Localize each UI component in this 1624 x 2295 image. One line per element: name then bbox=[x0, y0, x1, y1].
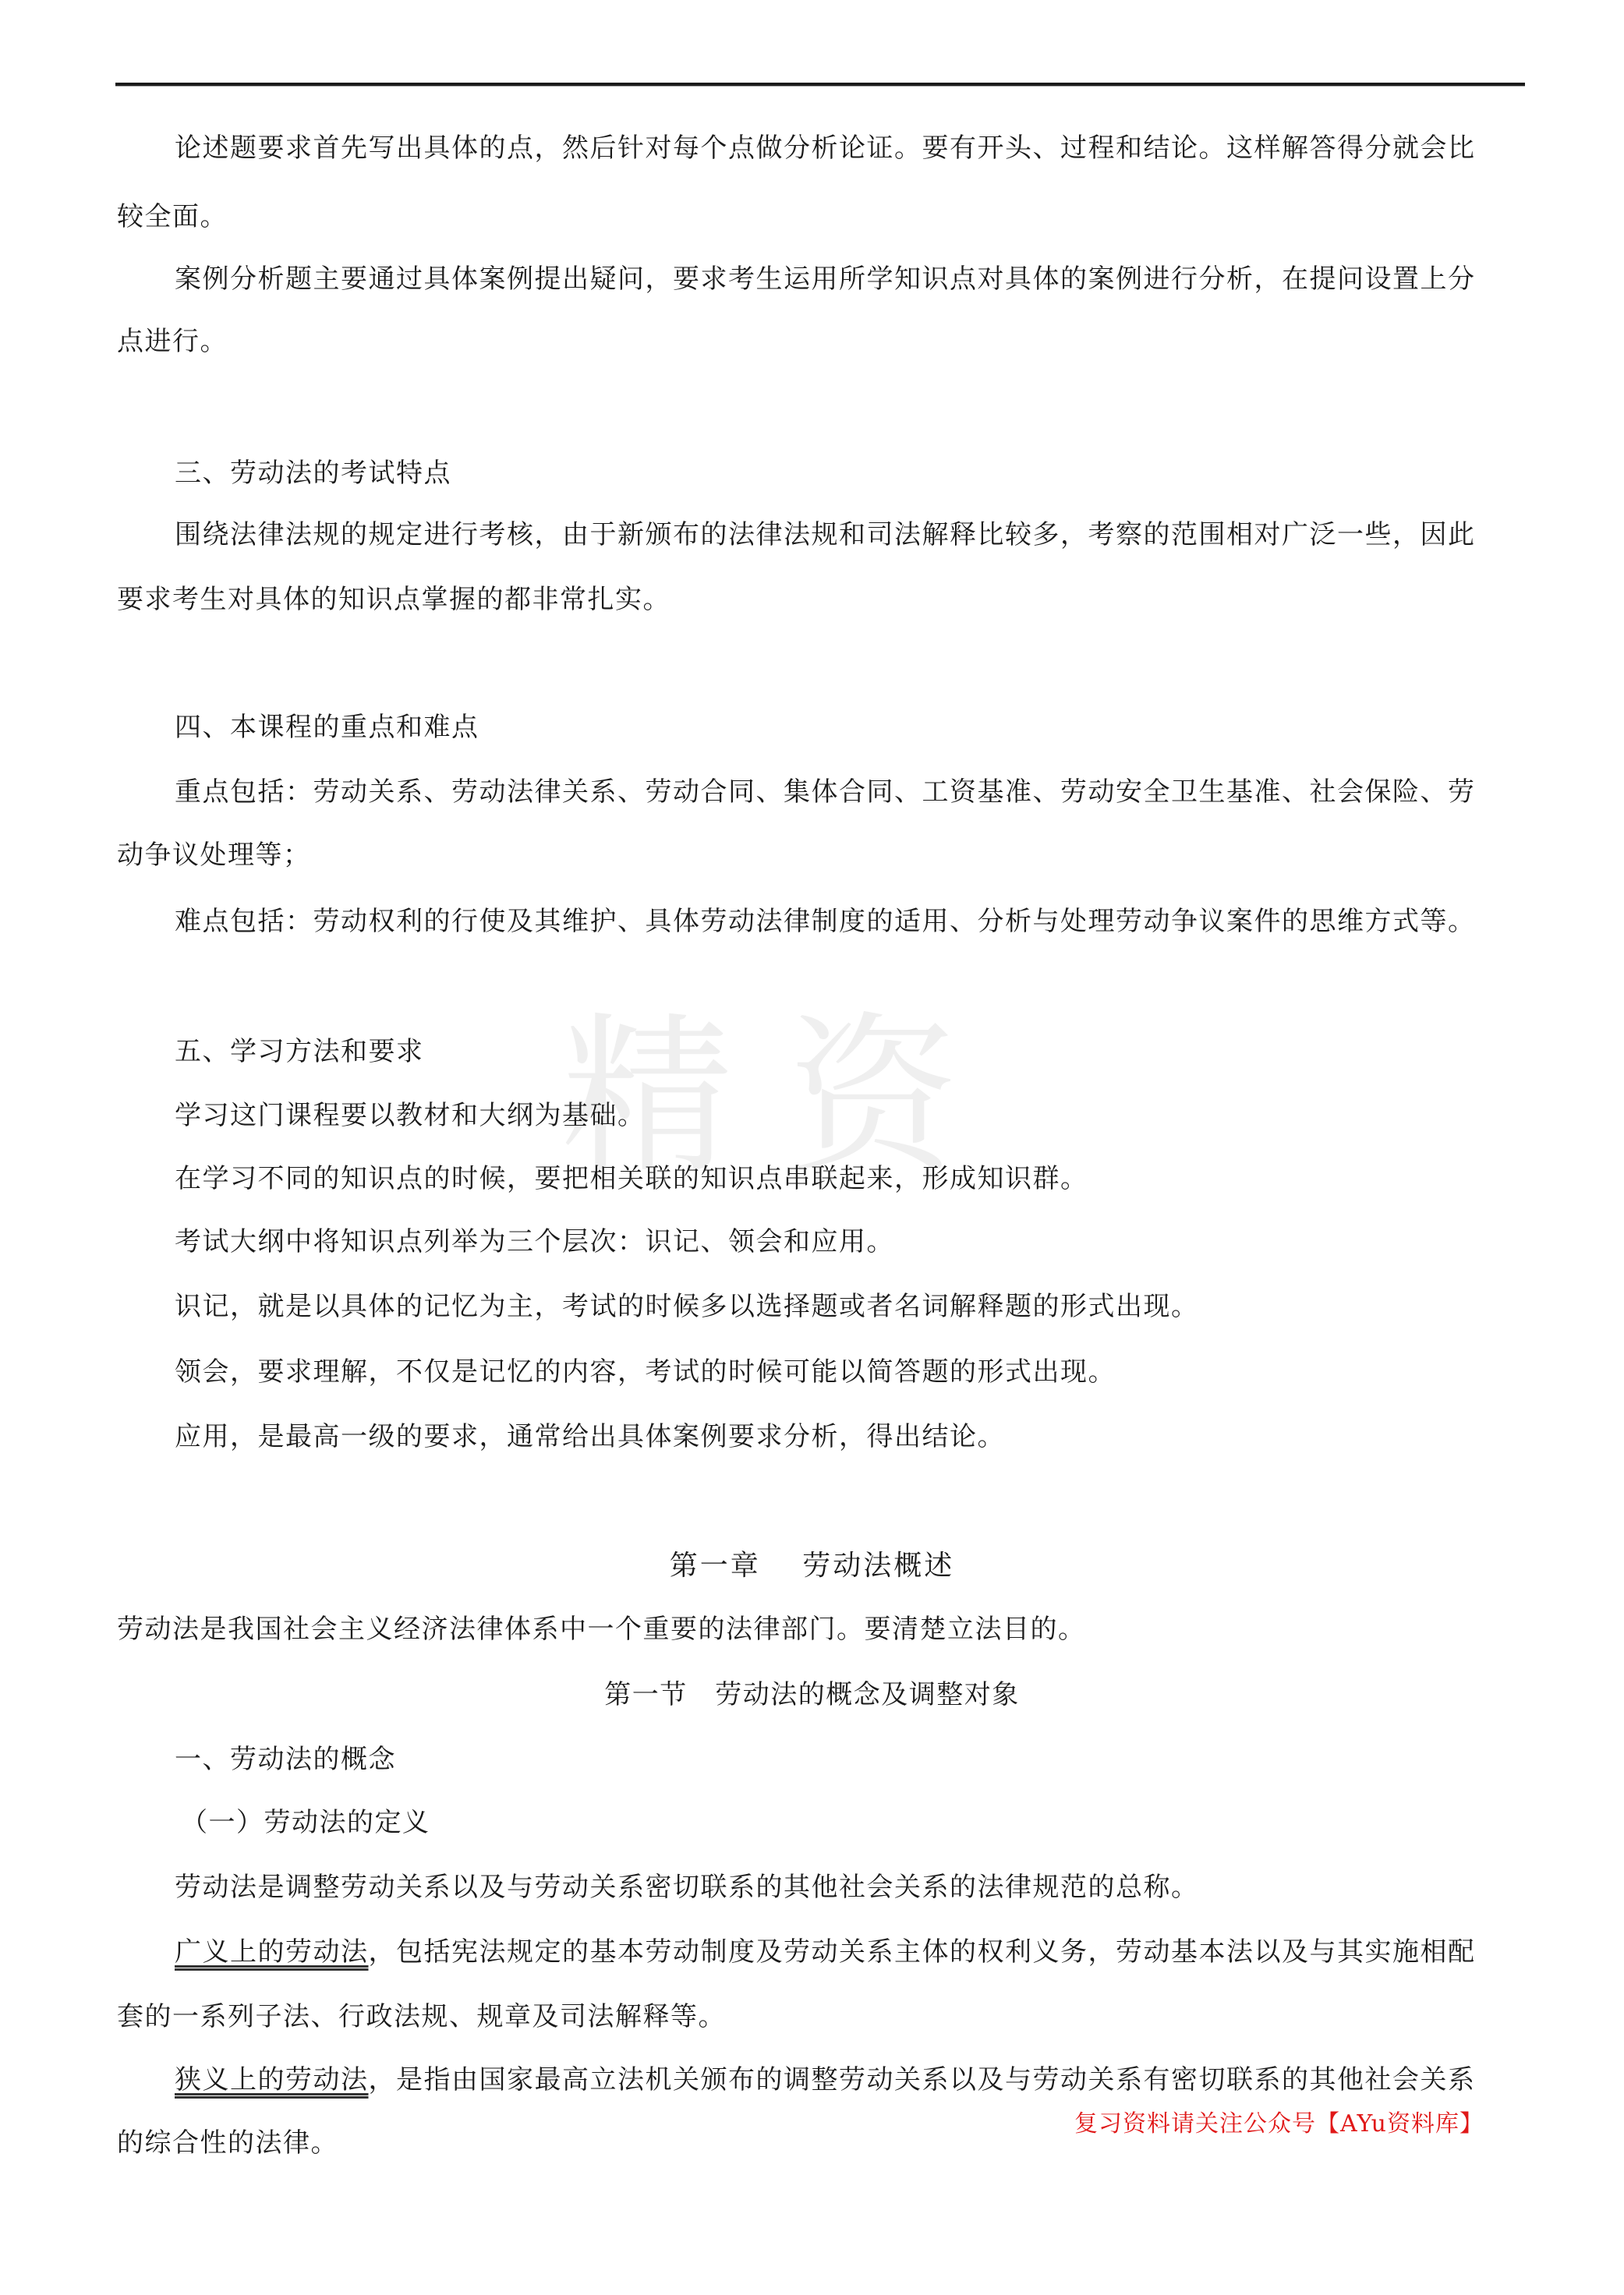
heading-definition: （一）劳动法的定义 bbox=[181, 1807, 430, 1838]
paragraph-line: 动争议处理等； bbox=[117, 840, 311, 871]
paragraph-line: 应用，是最高一级的要求，通常给出具体案例要求分析，得出结论。 bbox=[175, 1421, 1005, 1452]
broad-term: 广义上的劳动法 bbox=[175, 1936, 369, 1968]
header-rule bbox=[115, 83, 1525, 87]
chapter-intro: 劳动法是我国社会主义经济法律体系中一个重要的法律部门。要清楚立法目的。 bbox=[117, 1614, 1086, 1645]
narrow-rest: ，是指由国家最高立法机关颁布的调整劳动关系以及与劳动关系有密切联系的其他社会关系 bbox=[369, 2064, 1476, 2095]
heading-concept: 一、劳动法的概念 bbox=[175, 1744, 396, 1775]
narrow-term: 狭义上的劳动法 bbox=[175, 2064, 369, 2095]
paragraph-line: 五、学习方法和要求 bbox=[175, 1036, 424, 1067]
paragraph-line: 考试大纲中将知识点列举为三个层次：识记、领会和应用。 bbox=[175, 1226, 894, 1257]
watermark: 精 资 bbox=[561, 959, 1341, 1193]
paragraph-line: 学习这门课程要以教材和大纲为基础。 bbox=[175, 1100, 646, 1131]
paragraph-line: 识记，就是以具体的记忆为主，考试的时候多以选择题或者名词解释题的形式出现。 bbox=[175, 1291, 1199, 1322]
broad-definition: 广义上的劳动法，包括宪法规定的基本劳动制度及劳动关系主体的权利义务，劳动基本法以… bbox=[175, 1936, 1476, 1968]
footer-notice: 复习资料请关注公众号【AYu资料库】 bbox=[1074, 2110, 1484, 2138]
broad-rest: ，包括宪法规定的基本劳动制度及劳动关系主体的权利义务，劳动基本法以及与其实施相配 bbox=[369, 1936, 1476, 1968]
paragraph-line: 较全面。 bbox=[117, 201, 228, 232]
paragraph-line: 要求考生对具体的知识点掌握的都非常扎实。 bbox=[117, 584, 670, 615]
paragraph-line: 在学习不同的知识点的时候，要把相关联的知识点串联起来，形成知识群。 bbox=[175, 1163, 1088, 1194]
paragraph-line: 难点包括：劳动权利的行使及其维护、具体劳动法律制度的适用、分析与处理劳动争议案件… bbox=[175, 906, 1476, 937]
narrow-definition: 狭义上的劳动法，是指由国家最高立法机关颁布的调整劳动关系以及与劳动关系有密切联系… bbox=[175, 2064, 1476, 2095]
section-title: 第一节 劳动法的概念及调整对象 bbox=[0, 1679, 1624, 1710]
paragraph-line: 四、本课程的重点和难点 bbox=[175, 712, 479, 743]
paragraph-line: 重点包括：劳动关系、劳动法律关系、劳动合同、集体合同、工资基准、劳动安全卫生基准… bbox=[175, 776, 1476, 808]
paragraph-line: 论述题要求首先写出具体的点，然后针对每个点做分析论证。要有开头、过程和结论。这样… bbox=[175, 133, 1476, 164]
definition-paragraph: 劳动法是调整劳动关系以及与劳动关系密切联系的其他社会关系的法律规范的总称。 bbox=[175, 1872, 1199, 1903]
paragraph-line: 三、劳动法的考试特点 bbox=[175, 458, 451, 489]
paragraph-line: 点进行。 bbox=[117, 326, 228, 357]
broad-continuation: 套的一系列子法、行政法规、规章及司法解释等。 bbox=[117, 2001, 726, 2032]
paragraph-line: 围绕法律法规的规定进行考核，由于新颁布的法律法规和司法解释比较多，考察的范围相对… bbox=[175, 519, 1476, 550]
paragraph-line: 领会，要求理解，不仅是记忆的内容，考试的时候可能以简答题的形式出现。 bbox=[175, 1356, 1116, 1388]
paragraph-line: 案例分析题主要通过具体案例提出疑问，要求考生运用所学知识点对具体的案例进行分析，… bbox=[175, 263, 1476, 295]
chapter-title: 第一章 劳动法概述 bbox=[0, 1551, 1624, 1582]
narrow-continuation: 的综合性的法律。 bbox=[117, 2127, 338, 2159]
